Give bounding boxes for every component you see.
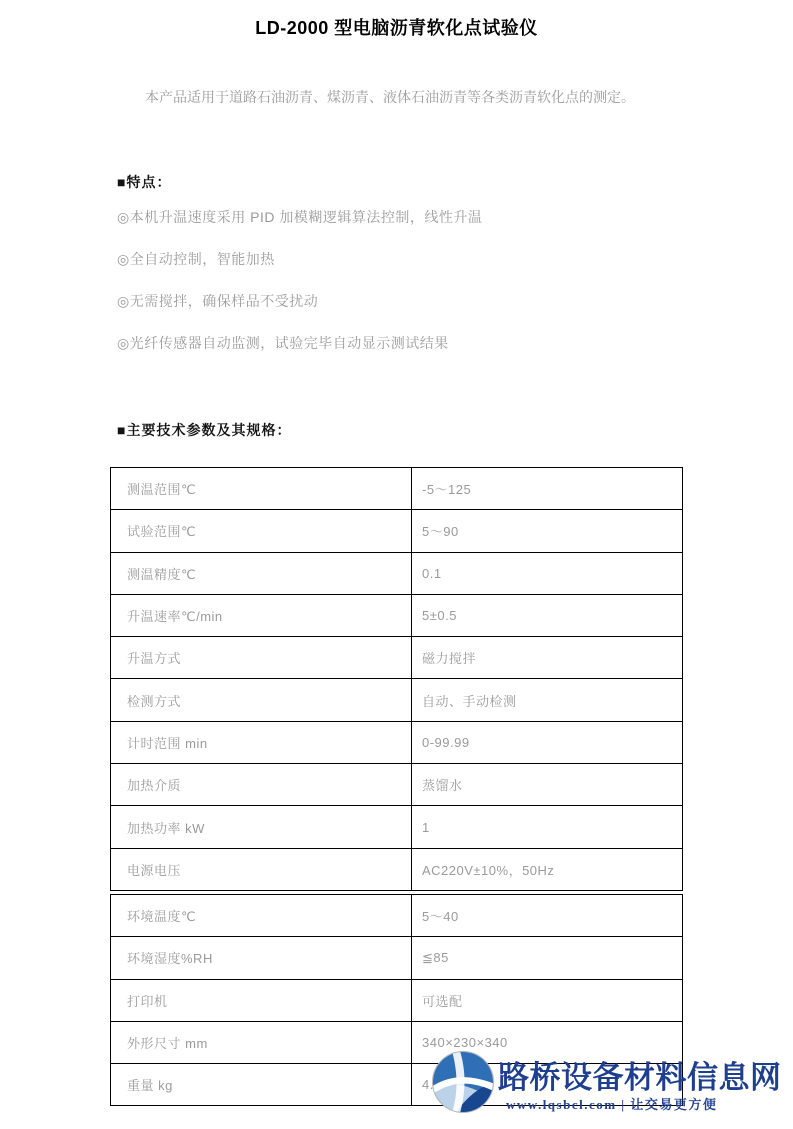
table-row: 试验范围℃ 5～90 [111,510,683,552]
spec-label: 升温速率℃/min [111,594,412,636]
spec-label: 环境温度℃ [111,895,412,937]
table-row: 环境湿度%RH ≦85 [111,937,683,979]
document-page: LD-2000 型电脑沥青软化点试验仪 本产品适用于道路石油沥青、煤沥青、液体石… [0,0,793,1129]
spec-label: 检测方式 [111,679,412,721]
spec-label: 电源电压 [111,848,412,890]
spec-value: 磁力搅拌 [412,637,683,679]
specs-heading: ■主要技术参数及其规格： [117,420,291,440]
spec-label: 测温精度℃ [111,552,412,594]
page-title: LD-2000 型电脑沥青软化点试验仪 [0,14,793,40]
features-heading: ■特点： [117,172,171,192]
spec-label: 加热介质 [111,764,412,806]
feature-item: ◎无需搅拌，确保样品不受扰动 [117,291,482,333]
spec-value: 0.1 [412,552,683,594]
feature-item: ◎光纤传感器自动监测，试验完毕自动显示测试结果 [117,333,482,375]
spec-value: -5～125 [412,468,683,510]
table-row: 电源电压 AC220V±10%，50Hz [111,848,683,890]
spec-label: 试验范围℃ [111,510,412,552]
table-row: 环境温度℃ 5～40 [111,895,683,937]
table-row: 计时范围 min 0-99.99 [111,721,683,763]
spec-label: 加热功率 kW [111,806,412,848]
table-row: 升温方式 磁力搅拌 [111,637,683,679]
product-intro: 本产品适用于道路石油沥青、煤沥青、液体石油沥青等各类沥青软化点的测定。 [145,87,705,107]
spec-value: 可选配 [412,979,683,1021]
feature-item: ◎全自动控制，智能加热 [117,249,482,291]
table-row: 检测方式 自动、手动检测 [111,679,683,721]
spec-value: 5±0.5 [412,594,683,636]
table-row: 测温精度℃ 0.1 [111,552,683,594]
feature-item: ◎本机升温速度采用 PID 加模糊逻辑算法控制，线性升温 [117,207,482,249]
table-row: 测温范围℃ -5～125 [111,468,683,510]
site-watermark: 路桥设备材料信息网 www.lqsbcl.com | 让交易更方便 [430,1049,786,1117]
spec-value: 0-99.99 [412,721,683,763]
spec-label: 外形尺寸 mm [111,1021,412,1063]
spec-table-main: 测温范围℃ -5～125 试验范围℃ 5～90 测温精度℃ 0.1 升温速率℃/… [110,467,683,891]
spec-label: 环境湿度%RH [111,937,412,979]
table-row: 加热介质 蒸馏水 [111,764,683,806]
spec-value: 5～90 [412,510,683,552]
spec-label: 测温范围℃ [111,468,412,510]
spec-label: 打印机 [111,979,412,1021]
spec-value: ≦85 [412,937,683,979]
spec-value: 蒸馏水 [412,764,683,806]
spec-value: 1 [412,806,683,848]
watermark-site-name: 路桥设备材料信息网 [498,1052,782,1097]
spec-label: 升温方式 [111,637,412,679]
spec-value: 5～40 [412,895,683,937]
spec-value: AC220V±10%，50Hz [412,848,683,890]
feature-list: ◎本机升温速度采用 PID 加模糊逻辑算法控制，线性升温 ◎全自动控制，智能加热… [117,207,482,375]
table-row: 打印机 可选配 [111,979,683,1021]
watermark-tagline: www.lqsbcl.com | 让交易更方便 [506,1094,717,1113]
table-row: 加热功率 kW 1 [111,806,683,848]
spec-value: 自动、手动检测 [412,679,683,721]
bridge-globe-icon [432,1051,494,1113]
table-row: 升温速率℃/min 5±0.5 [111,594,683,636]
spec-label: 计时范围 min [111,721,412,763]
spec-label: 重量 kg [111,1064,412,1106]
